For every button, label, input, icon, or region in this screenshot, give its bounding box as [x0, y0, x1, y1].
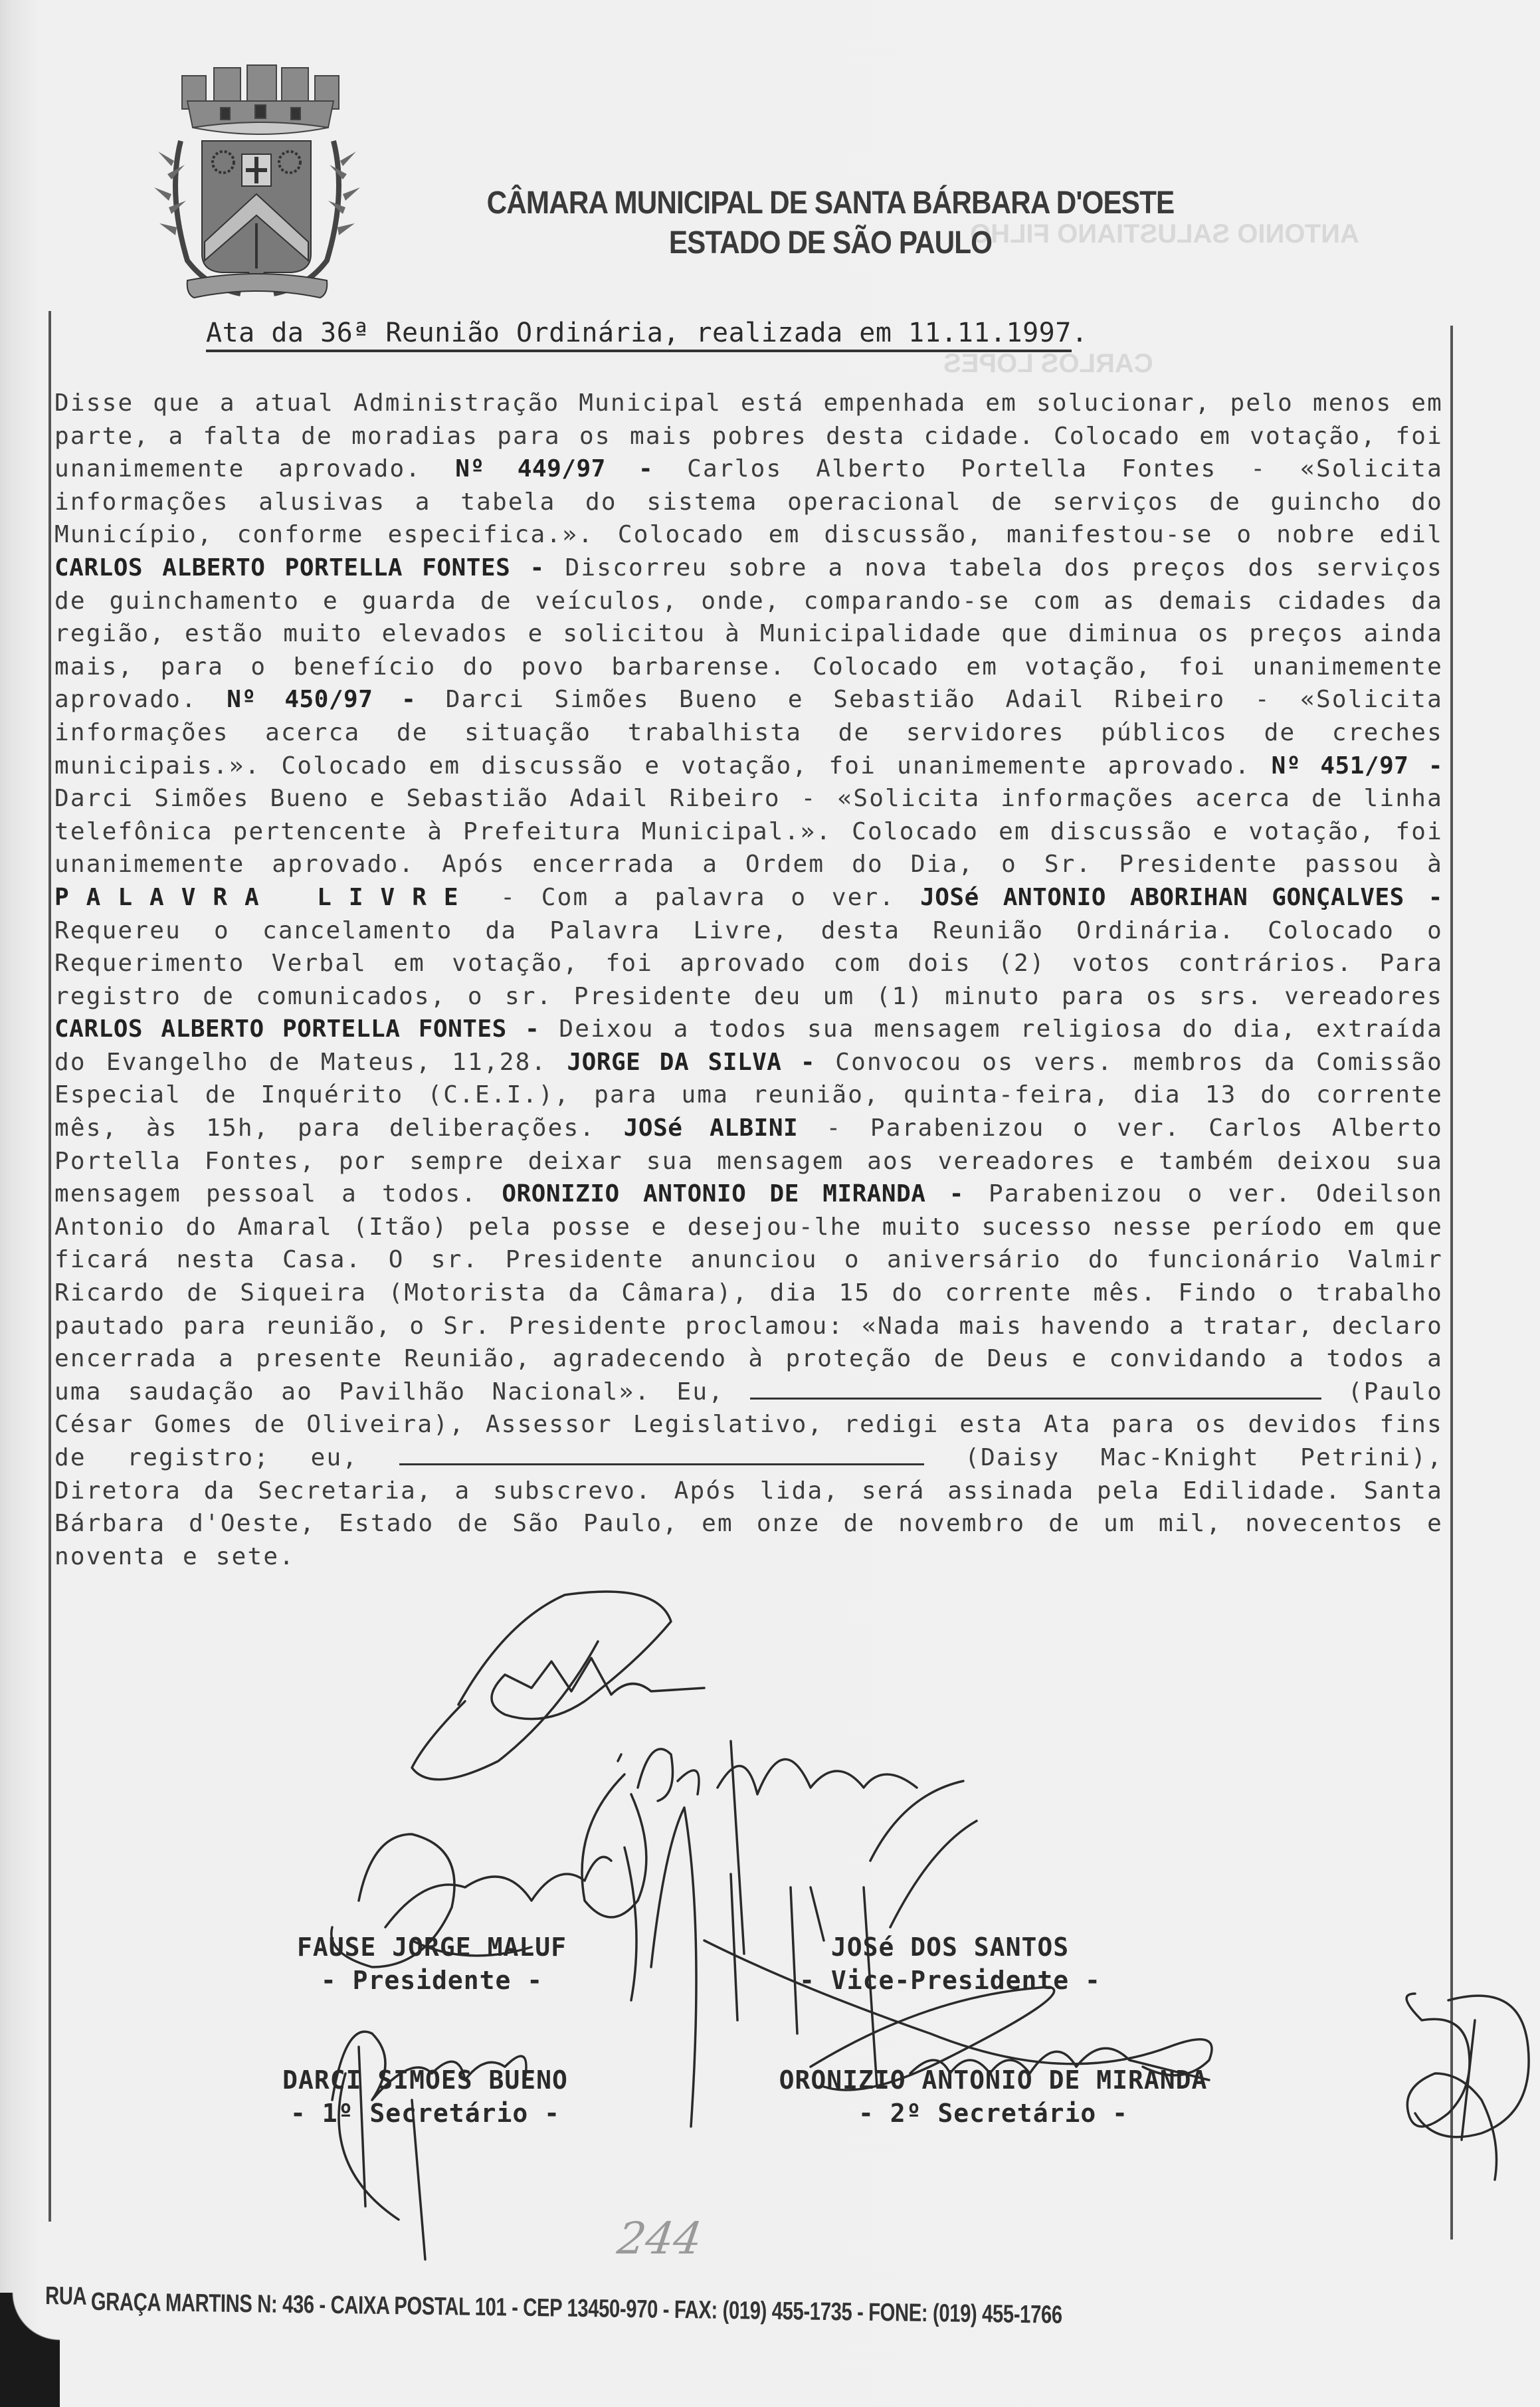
signatory-name: ORONIZIO ANTONIO DE MIRANDA [684, 2063, 1302, 2097]
document-title: Ata da 36ª Reunião Ordinária, realizada … [206, 318, 1282, 348]
speaker-text: Parabenizou o ver. Odeilson Antonio do A… [54, 1180, 1443, 1406]
item-text: Darci Simões Bueno e Sebastião Adail Rib… [54, 785, 1443, 878]
signature-block-first-secretary: DARCI SIMOES BUENO - 1º Secretário - [199, 2063, 651, 2130]
item-number: Nº 449/97 - [455, 455, 653, 482]
signatory-role: - 2º Secretário - [684, 2097, 1302, 2130]
signature-block-second-secretary: ORONIZIO ANTONIO DE MIRANDA - 2º Secretá… [684, 2063, 1302, 2130]
section-heading-palavra-livre: PALAVRA LIVRE [54, 884, 476, 911]
speaker-name: CARLOS ALBERTO PORTELLA FONTES - [54, 554, 545, 581]
page-border-left [48, 311, 51, 2222]
document-title-text: Ata da 36ª Reunião Ordinária, realizada … [206, 318, 1072, 352]
section-dash-text: - Com a palavra o ver. [476, 884, 921, 911]
signatory-name: DARCI SIMOES BUENO [199, 2063, 651, 2097]
signatory-role: - 1º Secretário - [199, 2097, 651, 2130]
signatory-role: - Presidente - [219, 1964, 644, 1997]
page-border-right [1450, 326, 1453, 2240]
handwritten-page-number: 244 [615, 2213, 706, 2264]
signature-line-diretora [399, 1443, 924, 1465]
signatory-name: FAUSE JORGE MALUF [219, 1931, 644, 1964]
item-number: Nº 450/97 - [227, 686, 416, 713]
coat-of-arms-icon [141, 61, 360, 307]
signature-block-vice-president: JOSé DOS SANTOS - Vice-Presidente - [684, 1931, 1216, 1997]
footer-rua: RUA [45, 2282, 86, 2311]
speaker-name: JORGE DA SILVA - [567, 1049, 815, 1076]
speaker-text: Requereu o cancelamento da Palavra Livre… [54, 917, 1443, 1010]
item-number: Nº 451/97 - [1272, 752, 1443, 780]
signature-line-assessor [750, 1378, 1321, 1400]
organization-state: ESTADO DE SÃO PAULO [427, 225, 1234, 261]
minutes-body: Disse que a atual Administração Municipa… [54, 387, 1443, 1573]
signature-block-president: FAUSE JORGE MALUF - Presidente - [219, 1931, 644, 1997]
speaker-name: JOSé ALBINI [624, 1114, 798, 1142]
signatory-role: - Vice-Presidente - [684, 1964, 1216, 1997]
bleed-through-text: CARLOS LOPES [943, 349, 1153, 379]
speaker-name: ORONIZIO ANTONIO DE MIRANDA - [502, 1180, 964, 1207]
speaker-name: JOSé ANTONIO ABORIHAN GONÇALVES - [920, 884, 1443, 911]
organization-name: CÂMARA MUNICIPAL DE SANTA BÁRBARA D'OEST… [427, 185, 1234, 221]
speaker-name: CARLOS ALBERTO PORTELLA FONTES - [54, 1015, 539, 1043]
document-title-period: . [1072, 318, 1088, 350]
signatory-name: JOSé DOS SANTOS [684, 1931, 1216, 1964]
